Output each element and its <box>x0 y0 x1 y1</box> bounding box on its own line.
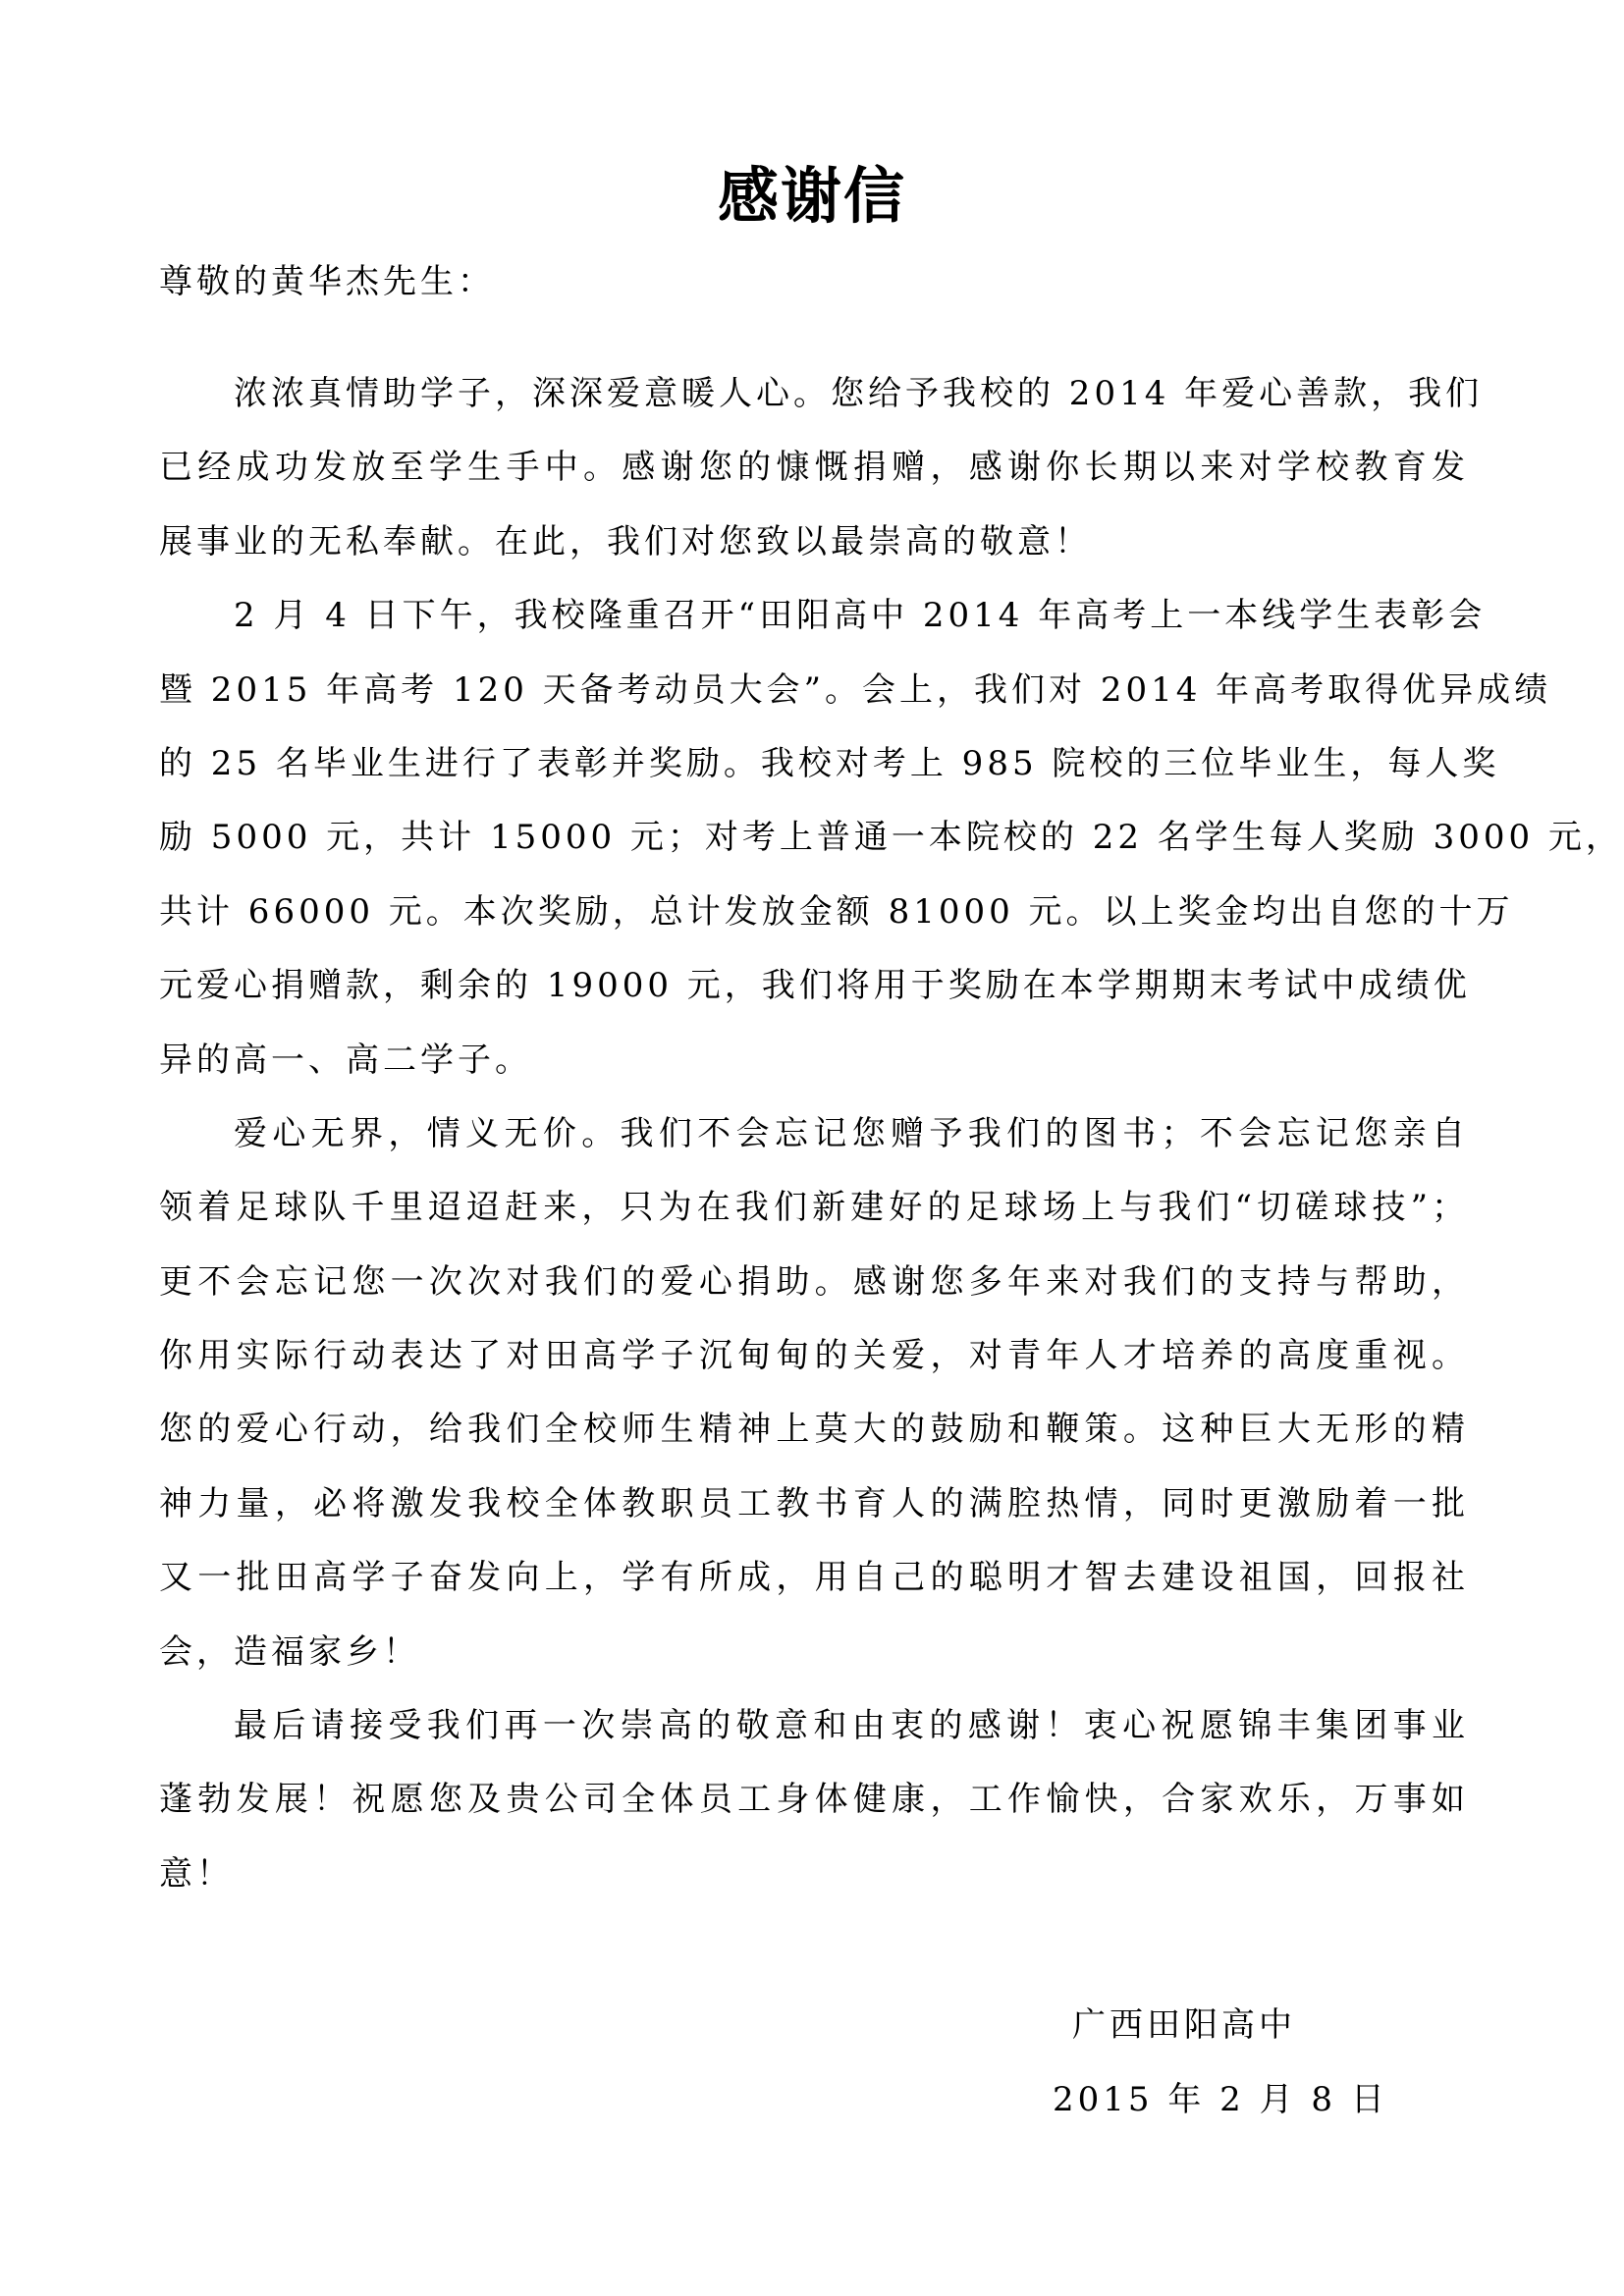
text-line: 异的高一、高二学子。 <box>159 1036 1469 1109</box>
paragraph-1: 浓浓真情助学子，深深爱意暖人心。您给予我校的 2014 年爱心善款，我们 已经成… <box>159 369 1469 591</box>
text-line: 展事业的无私奉献。在此，我们对您致以最崇高的敬意！ <box>159 517 1469 591</box>
text-line: 的 25 名毕业生进行了表彰并奖励。我校对考上 985 院校的三位毕业生，每人奖 <box>159 739 1469 813</box>
letter-page: 感谢信 尊敬的黄华杰先生： 浓浓真情助学子，深深爱意暖人心。您给予我校的 201… <box>0 0 1624 2296</box>
text-line: 爱心无界，情义无价。我们不会忘记您赠予我们的图书；不会忘记您亲自 <box>159 1109 1469 1183</box>
text-line: 更不会忘记您一次次对我们的爱心捐助。感谢您多年来对我们的支持与帮助， <box>159 1257 1469 1331</box>
text-line: 你用实际行动表达了对田高学子沉甸甸的关爱，对青年人才培养的高度重视。 <box>159 1331 1469 1405</box>
text-line: 领着足球队千里迢迢赶来，只为在我们新建好的足球场上与我们“切磋球技”； <box>159 1183 1469 1256</box>
text-line: 又一批田高学子奋发向上，学有所成，用自己的聪明才智去建设祖国，回报社 <box>159 1553 1469 1627</box>
text-line: 会，造福家乡！ <box>159 1628 1469 1701</box>
signature-school: 广西田阳高中 <box>1072 2001 1296 2050</box>
salutation: 尊敬的黄华杰先生： <box>159 257 495 306</box>
letter-title: 感谢信 <box>0 159 1624 234</box>
text-line: 暨 2015 年高考 120 天备考动员大会”。会上，我们对 2014 年高考取… <box>159 666 1469 739</box>
letter-body: 浓浓真情助学子，深深爱意暖人心。您给予我校的 2014 年爱心善款，我们 已经成… <box>159 369 1469 1923</box>
signature-date: 2015 年 2 月 8 日 <box>1053 2075 1388 2124</box>
text-line: 最后请接受我们再一次崇高的敬意和由衷的感谢！衷心祝愿锦丰集团事业 <box>159 1701 1469 1775</box>
text-line: 蓬勃发展！祝愿您及贵公司全体员工身体健康，工作愉快，合家欢乐，万事如 <box>159 1775 1469 1848</box>
paragraph-4: 最后请接受我们再一次崇高的敬意和由衷的感谢！衷心祝愿锦丰集团事业 蓬勃发展！祝愿… <box>159 1701 1469 1923</box>
paragraph-2: 2 月 4 日下午，我校隆重召开“田阳高中 2014 年高考上一本线学生表彰会 … <box>159 591 1469 1109</box>
text-line: 共计 66000 元。本次奖励，总计发放金额 81000 元。以上奖金均出自您的… <box>159 887 1469 961</box>
text-line: 您的爱心行动，给我们全校师生精神上莫大的鼓励和鞭策。这种巨大无形的精 <box>159 1405 1469 1478</box>
text-line: 浓浓真情助学子，深深爱意暖人心。您给予我校的 2014 年爱心善款，我们 <box>159 369 1469 443</box>
text-line: 元爱心捐赠款，剩余的 19000 元，我们将用于奖励在本学期期末考试中成绩优 <box>159 961 1469 1035</box>
text-line: 2 月 4 日下午，我校隆重召开“田阳高中 2014 年高考上一本线学生表彰会 <box>159 591 1469 665</box>
text-line: 意！ <box>159 1849 1469 1923</box>
text-line: 神力量，必将激发我校全体教职员工教书育人的满腔热情，同时更激励着一批 <box>159 1479 1469 1553</box>
text-line: 励 5000 元，共计 15000 元；对考上普通一本院校的 22 名学生每人奖… <box>159 813 1469 886</box>
paragraph-3: 爱心无界，情义无价。我们不会忘记您赠予我们的图书；不会忘记您亲自 领着足球队千里… <box>159 1109 1469 1701</box>
text-line: 已经成功发放至学生手中。感谢您的慷慨捐赠，感谢你长期以来对学校教育发 <box>159 443 1469 516</box>
